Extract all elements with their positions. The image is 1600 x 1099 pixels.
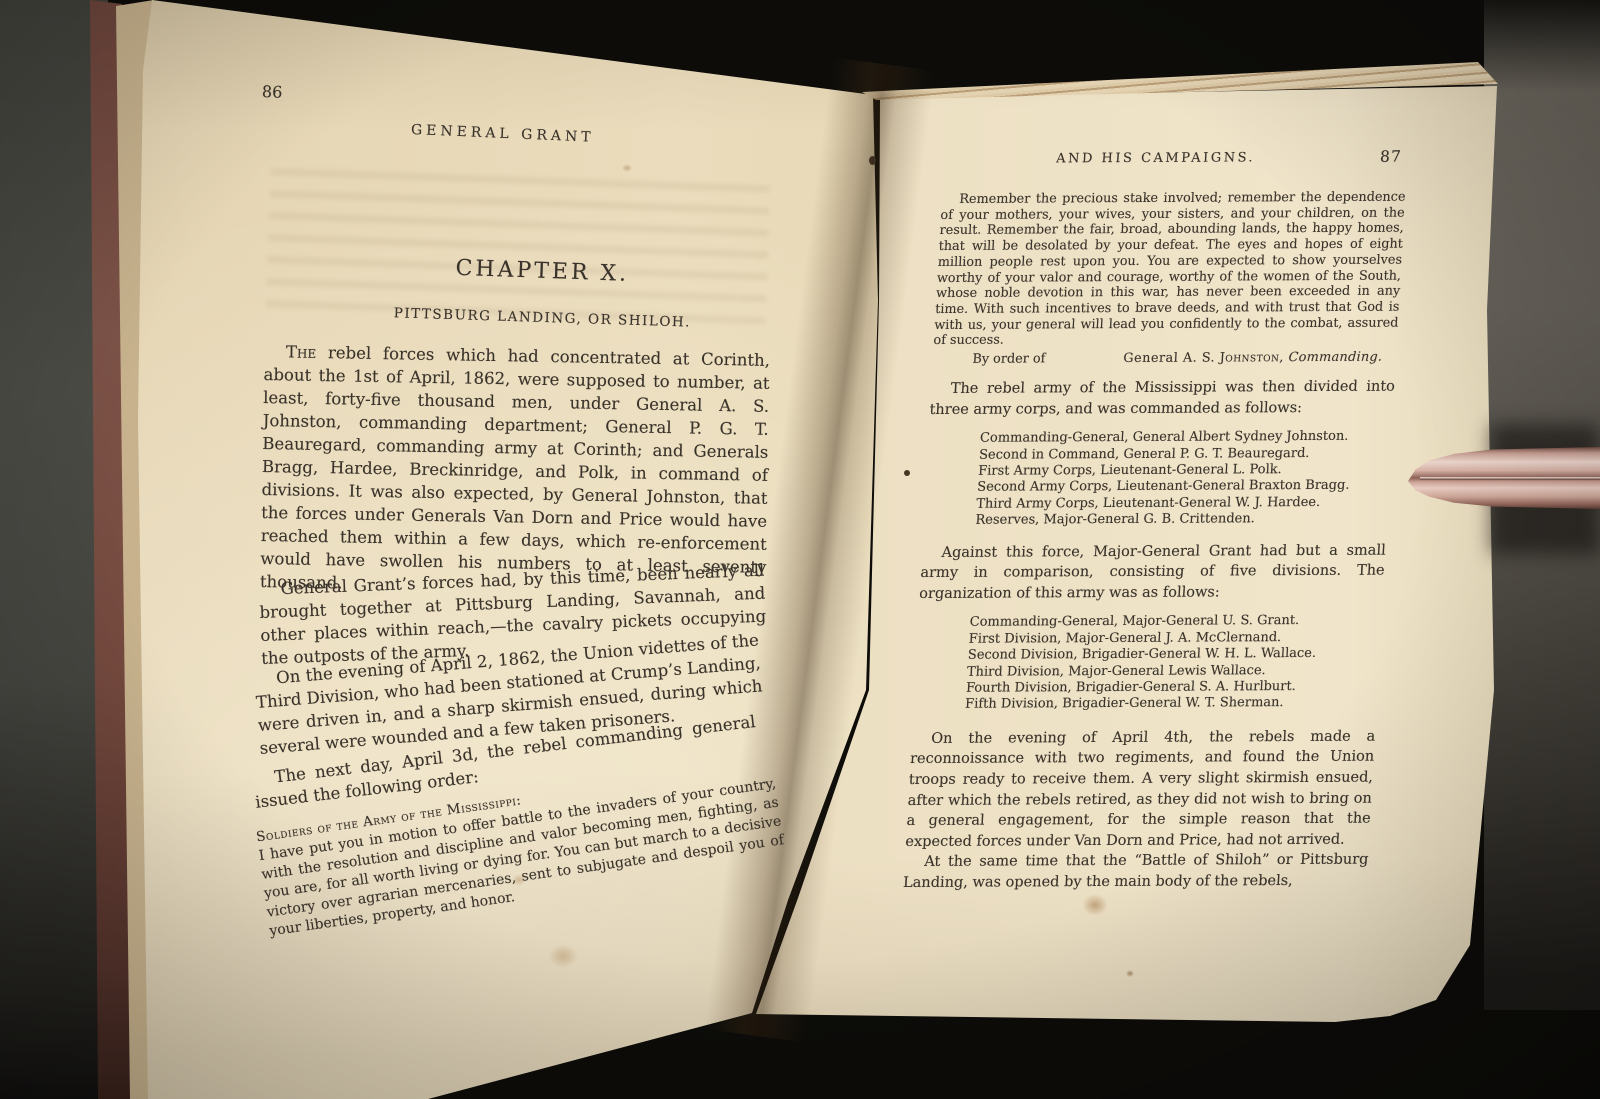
foxing-spot (512, 874, 526, 886)
ink-speck (904, 470, 910, 476)
union-command-list: Commanding-General, Major-General U. S. … (965, 613, 1383, 714)
list-item: Commanding-General, General Albert Sydne… (979, 429, 1392, 448)
ink-speck (869, 156, 876, 165)
right-header-row: AND HIS CAMPAIGNS. 87 (943, 150, 1408, 174)
right-page-number: 87 (1380, 148, 1403, 166)
foxing-spot (1082, 894, 1108, 916)
order-signature: By order of General A. S. Johnston, Comm… (932, 350, 1397, 367)
paragraph-rebel-army-divided: The rebel army of the Mississippi was th… (929, 377, 1395, 421)
lead-word: The (286, 342, 317, 362)
right-page-text-column: AND HIS CAMPAIGNS. 87 Remember the preci… (903, 150, 1409, 894)
paragraph-battle-of-shiloh: At the same time that the “Battle of Shi… (903, 850, 1369, 894)
blade-ridge-highlight (1420, 477, 1600, 480)
list-item: Second Army Corps, Lieutenant-General Br… (977, 478, 1390, 497)
right-running-header: AND HIS CAMPAIGNS. (943, 150, 1368, 167)
left-page-number: 86 (262, 82, 283, 102)
foxing-spot (548, 944, 578, 968)
foxing-spot (1126, 970, 1134, 977)
foxing-spot (622, 164, 632, 172)
list-item: Reserves, Major-General G. B. Crittenden… (975, 511, 1388, 530)
paragraph-against-this-force: Against this force, Major-General Grant … (919, 540, 1387, 604)
signature-name: General A. S. Johnston, Commanding. (1123, 350, 1383, 366)
paragraph-reconnoissance: On the evening of April 4th, the rebels … (905, 726, 1376, 852)
list-item: Fifth Division, Brigadier-General W. T. … (965, 695, 1378, 714)
book-photograph: 86 GENERAL GRANT CHAPTER X. PITTSBURG LA… (0, 0, 1600, 1099)
rebel-command-list: Commanding-General, General Albert Sydne… (975, 429, 1393, 530)
signature-prefix: By order of (972, 351, 1046, 366)
order-continuation: Remember the precious stake involved; re… (933, 190, 1406, 349)
